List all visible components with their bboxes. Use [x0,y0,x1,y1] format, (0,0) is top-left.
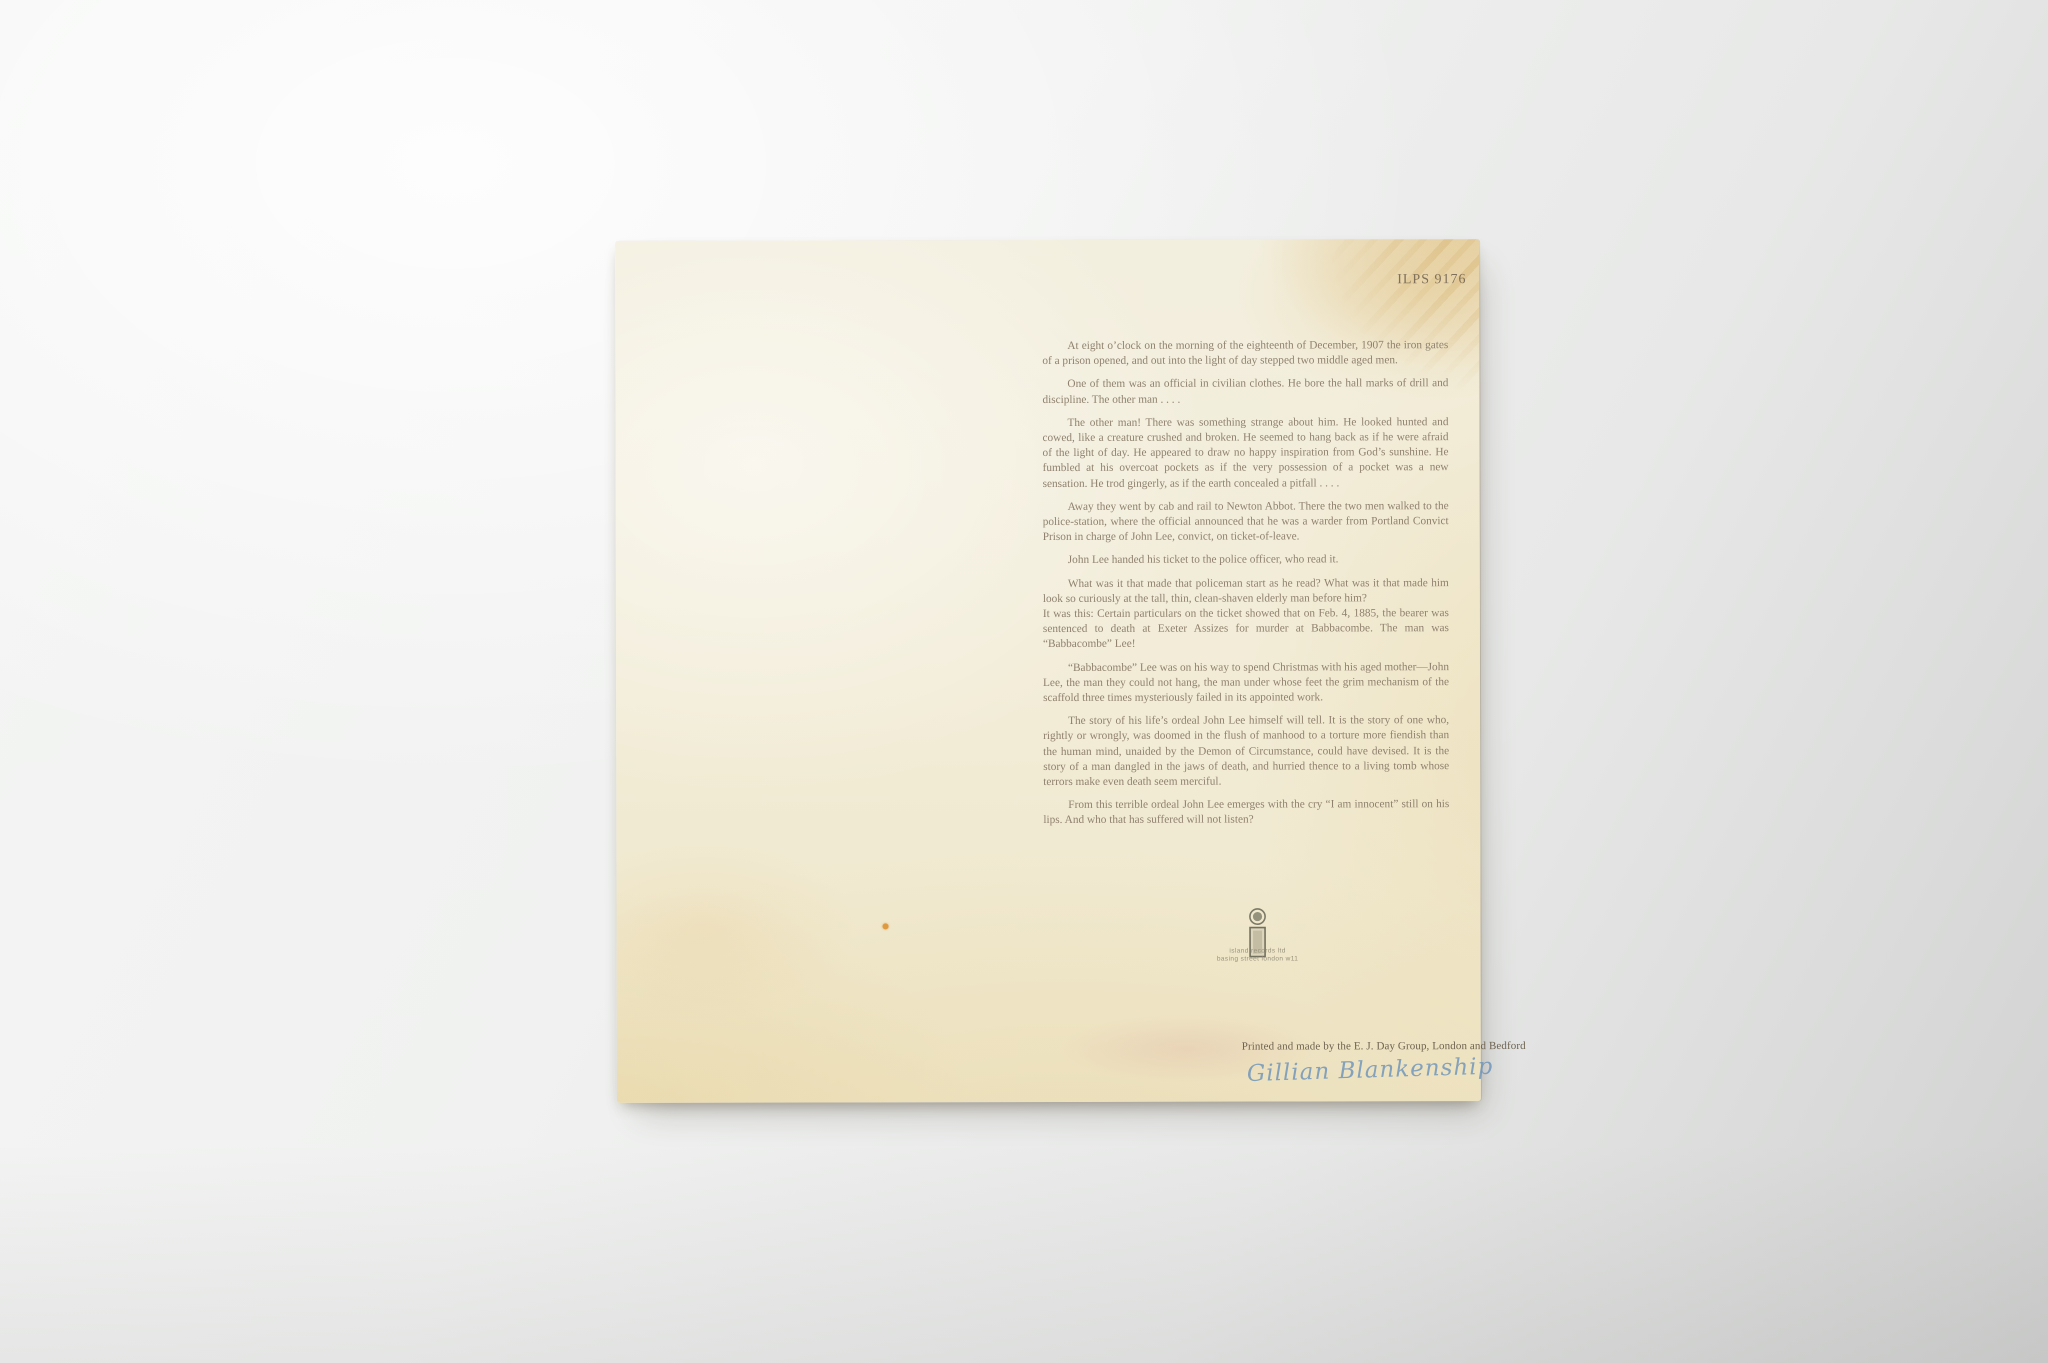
photo-backdrop: ILPS 9176 At eight o’clock on the mornin… [0,0,2048,1363]
orange-spot [883,923,889,929]
liner-notes-paragraph: From this terrible ordeal John Lee emerg… [1043,797,1449,828]
island-records-logo-icon [1245,908,1269,974]
island-records-address: island records ltd basing street london … [1178,947,1338,963]
liner-notes-paragraph: At eight o’clock on the morning of the e… [1042,338,1448,369]
liner-notes-paragraph: “Babbacombe” Lee was on his way to spend… [1043,660,1449,706]
record-sleeve-back-cover: ILPS 9176 At eight o’clock on the mornin… [615,239,1481,1103]
liner-notes-paragraph: What was it that made that policeman sta… [1043,576,1449,607]
liner-notes-paragraph: Away they went by cab and rail to Newton… [1043,499,1449,545]
liner-notes-paragraph: The story of his life’s ordeal John Lee … [1043,713,1449,790]
liner-notes-paragraph: The other man! There was something stran… [1042,415,1448,492]
liner-notes-paragraph: It was this: Certain particulars on the … [1043,606,1449,652]
liner-notes-paragraph: One of them was an official in civilian … [1042,377,1448,408]
printer-credit: Printed and made by the E. J. Day Group,… [1242,1040,1464,1053]
liner-notes-paragraph: John Lee handed his ticket to the police… [1043,553,1449,569]
liner-notes: At eight o’clock on the morning of the e… [1042,338,1449,837]
catalog-number: ILPS 9176 [1397,272,1466,288]
